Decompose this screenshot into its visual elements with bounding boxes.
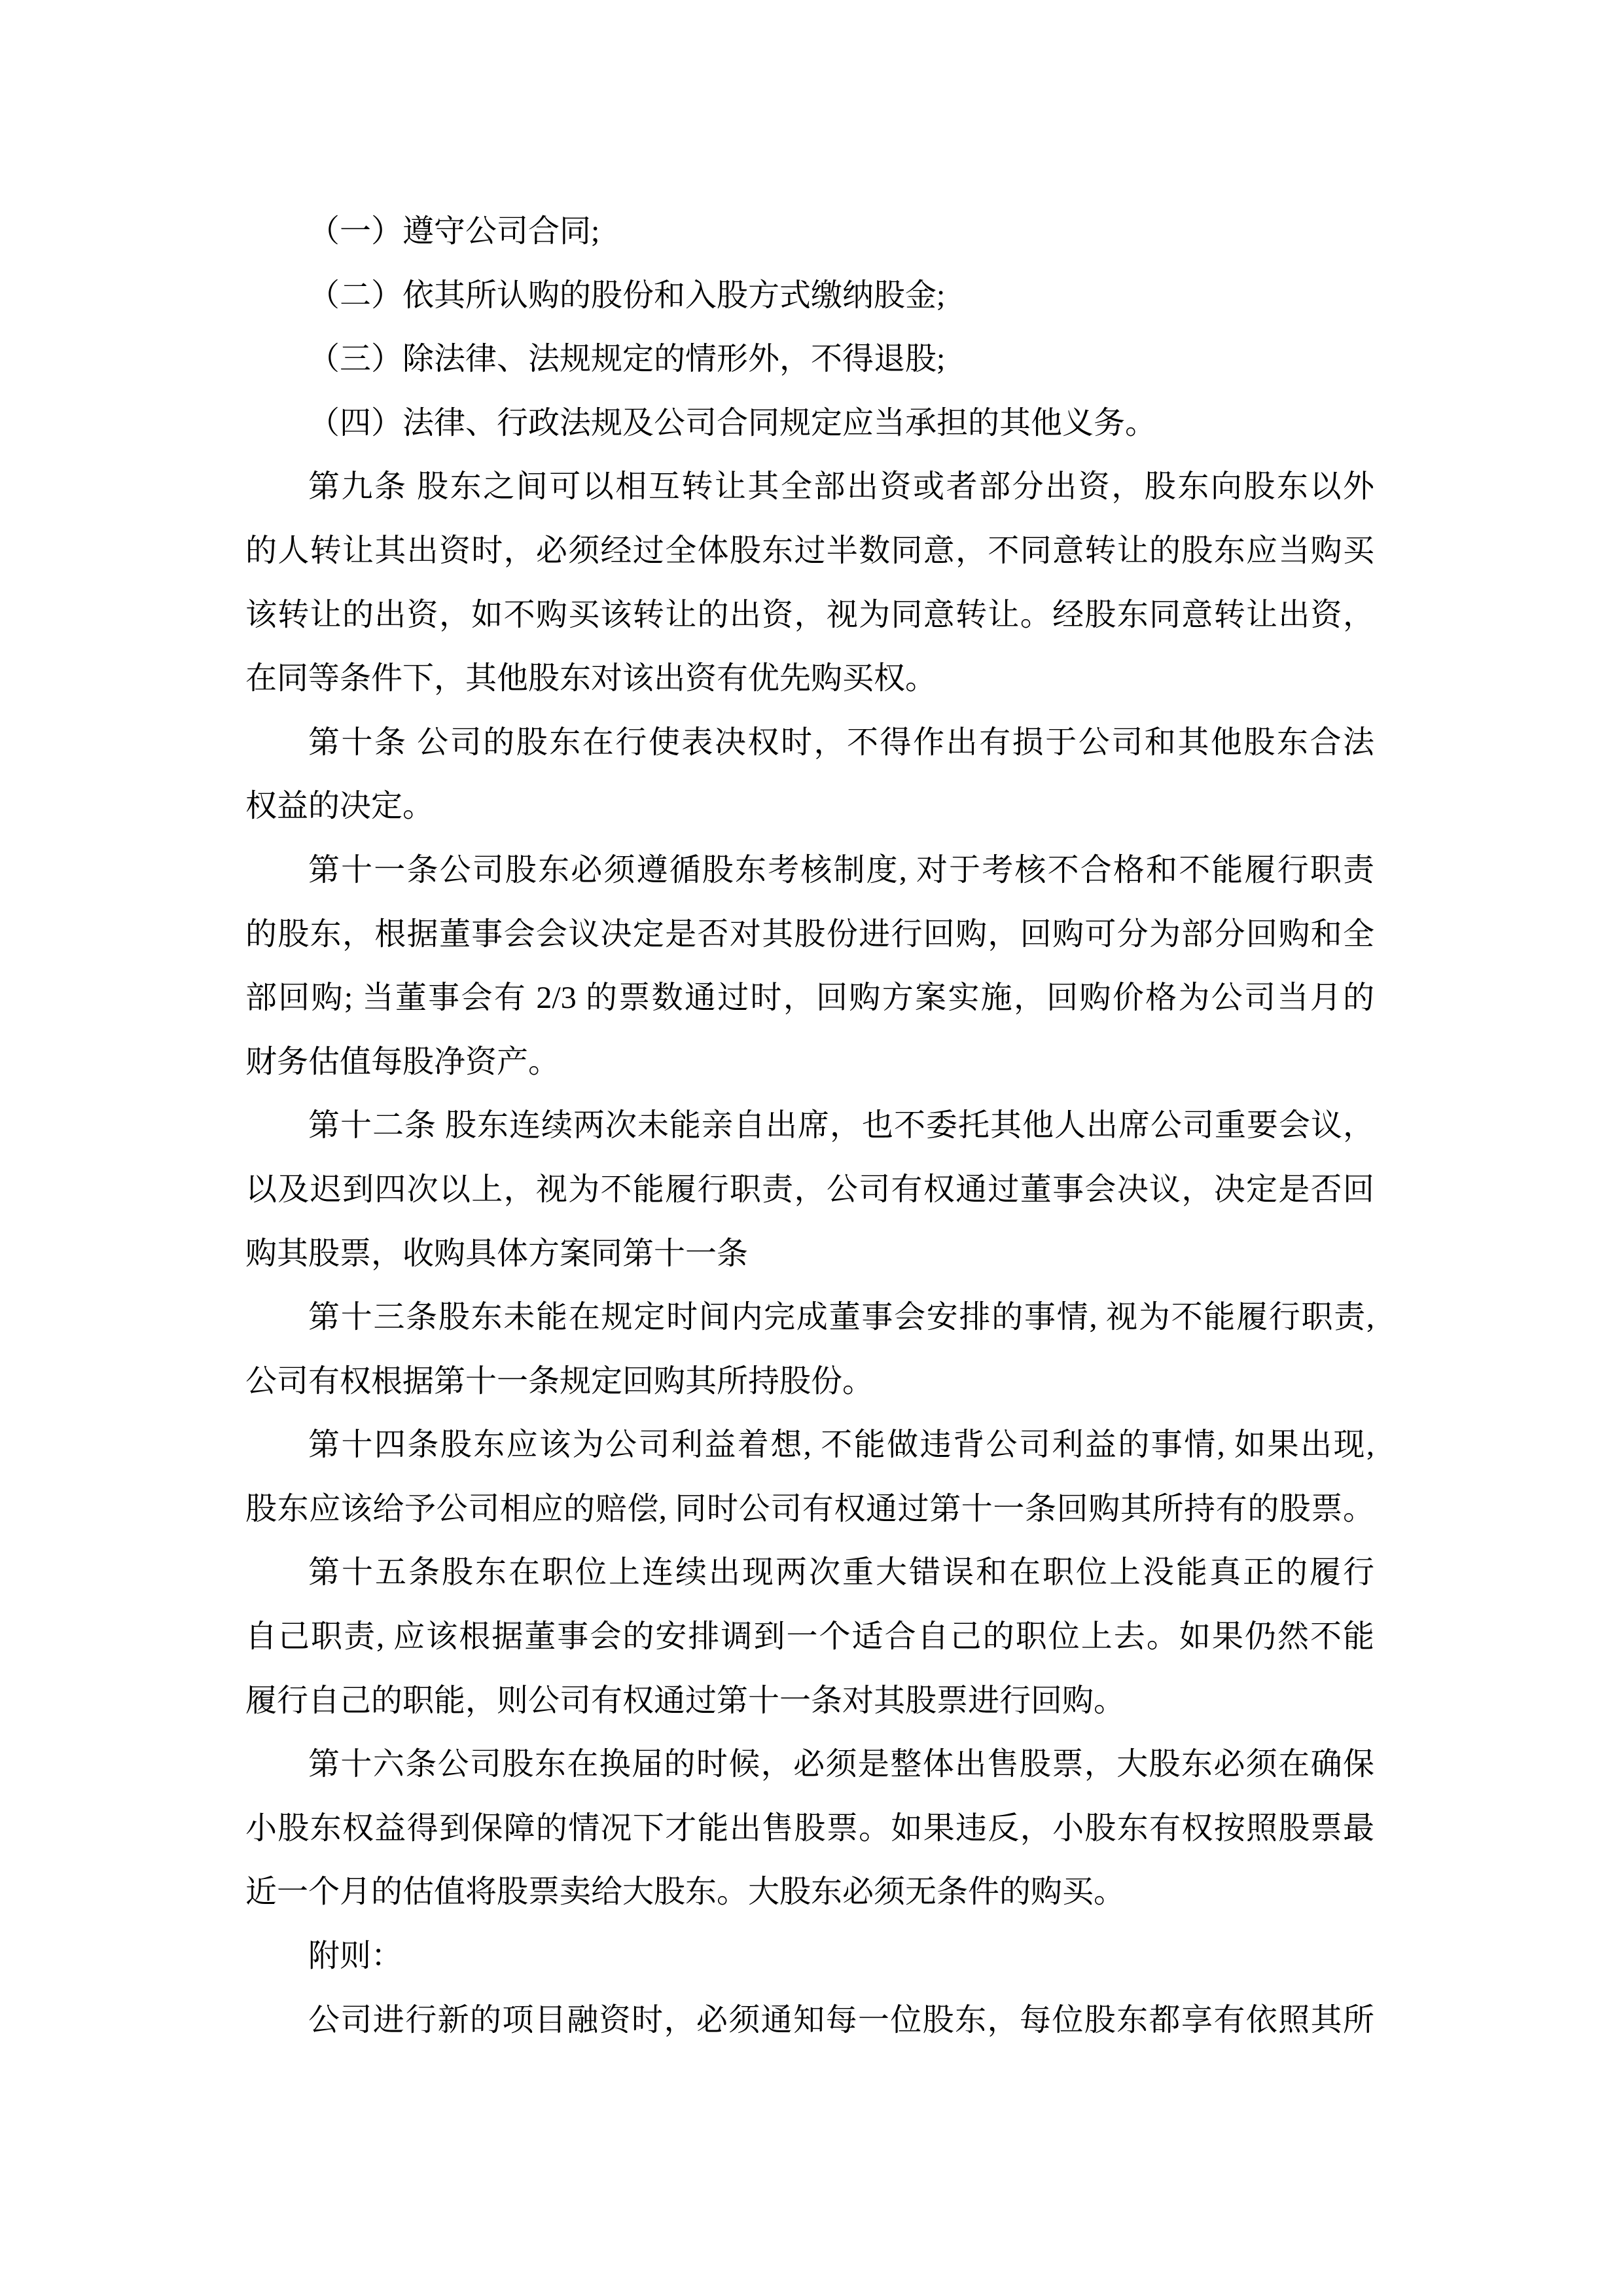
text-line: 第十六条公司股东在换届的时候，必须是整体出售股票，大股东必须在确保 xyxy=(245,1732,1374,1797)
text-line: 该转让的出资，如不购买该转让的出资，视为同意转让。经股东同意转让出资， xyxy=(245,583,1374,647)
text-line: （一）遵守公司合同; xyxy=(245,200,1374,264)
text-line: 履行自己的职能，则公司有权通过第十一条对其股票进行回购。 xyxy=(245,1669,1374,1733)
text-line: 的人转让其出资时，必须经过全体股东过半数同意，不同意转让的股东应当购买 xyxy=(245,519,1374,583)
text-line: 小股东权益得到保障的情况下才能出售股票。如果违反，小股东有权按照股票最 xyxy=(245,1797,1374,1861)
text-line: 自己职责, 应该根据董事会的安排调到一个适合自己的职位上去。如果仍然不能 xyxy=(245,1605,1374,1669)
text-line: 部回购; 当董事会有 2/3 的票数通过时，回购方案实施，回购价格为公司当月的 xyxy=(245,966,1374,1030)
text-line: 第十四条股东应该为公司利益着想, 不能做违背公司利益的事情, 如果出现, xyxy=(245,1413,1374,1477)
text-line: 第十一条公司股东必须遵循股东考核制度, 对于考核不合格和不能履行职责 xyxy=(245,838,1374,903)
text-line: 的股东，根据董事会会议决定是否对其股份进行回购，回购可分为部分回购和全 xyxy=(245,903,1374,967)
text-line: 财务估值每股净资产。 xyxy=(245,1030,1374,1094)
text-line: 第十五条股东在职位上连续出现两次重大错误和在职位上没能真正的履行 xyxy=(245,1541,1374,1605)
text-line: 购其股票，收购具体方案同第十一条 xyxy=(245,1222,1374,1286)
text-line: 公司进行新的项目融资时，必须通知每一位股东，每位股东都享有依照其所 xyxy=(245,1988,1374,2053)
text-line: 在同等条件下，其他股东对该出资有优先购买权。 xyxy=(245,647,1374,711)
text-line: （四）法律、行政法规及公司合同规定应当承担的其他义务。 xyxy=(245,391,1374,456)
text-line: 附则： xyxy=(245,1924,1374,1988)
text-line: 股东应该给予公司相应的赔偿, 同时公司有权通过第十一条回购其所持有的股票。 xyxy=(245,1477,1374,1541)
text-line: 近一个月的估值将股票卖给大股东。大股东必须无条件的购买。 xyxy=(245,1860,1374,1924)
text-line: （三）除法律、法规规定的情形外，不得退股; xyxy=(245,327,1374,391)
text-line: 公司有权根据第十一条规定回购其所持股份。 xyxy=(245,1350,1374,1414)
text-line: 第九条 股东之间可以相互转让其全部出资或者部分出资，股东向股东以外 xyxy=(245,455,1374,519)
text-line: （二）依其所认购的股份和入股方式缴纳股金; xyxy=(245,264,1374,328)
text-line: 第十三条股东未能在规定时间内完成董事会安排的事情, 视为不能履行职责, xyxy=(245,1285,1374,1350)
document-body: （一）遵守公司合同;（二）依其所认购的股份和入股方式缴纳股金;（三）除法律、法规… xyxy=(245,200,1374,2052)
text-line: 以及迟到四次以上，视为不能履行职责，公司有权通过董事会决议，决定是否回 xyxy=(245,1158,1374,1222)
document-page: （一）遵守公司合同;（二）依其所认购的股份和入股方式缴纳股金;（三）除法律、法规… xyxy=(0,0,1623,2296)
text-line: 第十条 公司的股东在行使表决权时，不得作出有损于公司和其他股东合法 xyxy=(245,711,1374,775)
text-line: 第十二条 股东连续两次未能亲自出席，也不委托其他人出席公司重要会议， xyxy=(245,1094,1374,1158)
text-line: 权益的决定。 xyxy=(245,774,1374,838)
